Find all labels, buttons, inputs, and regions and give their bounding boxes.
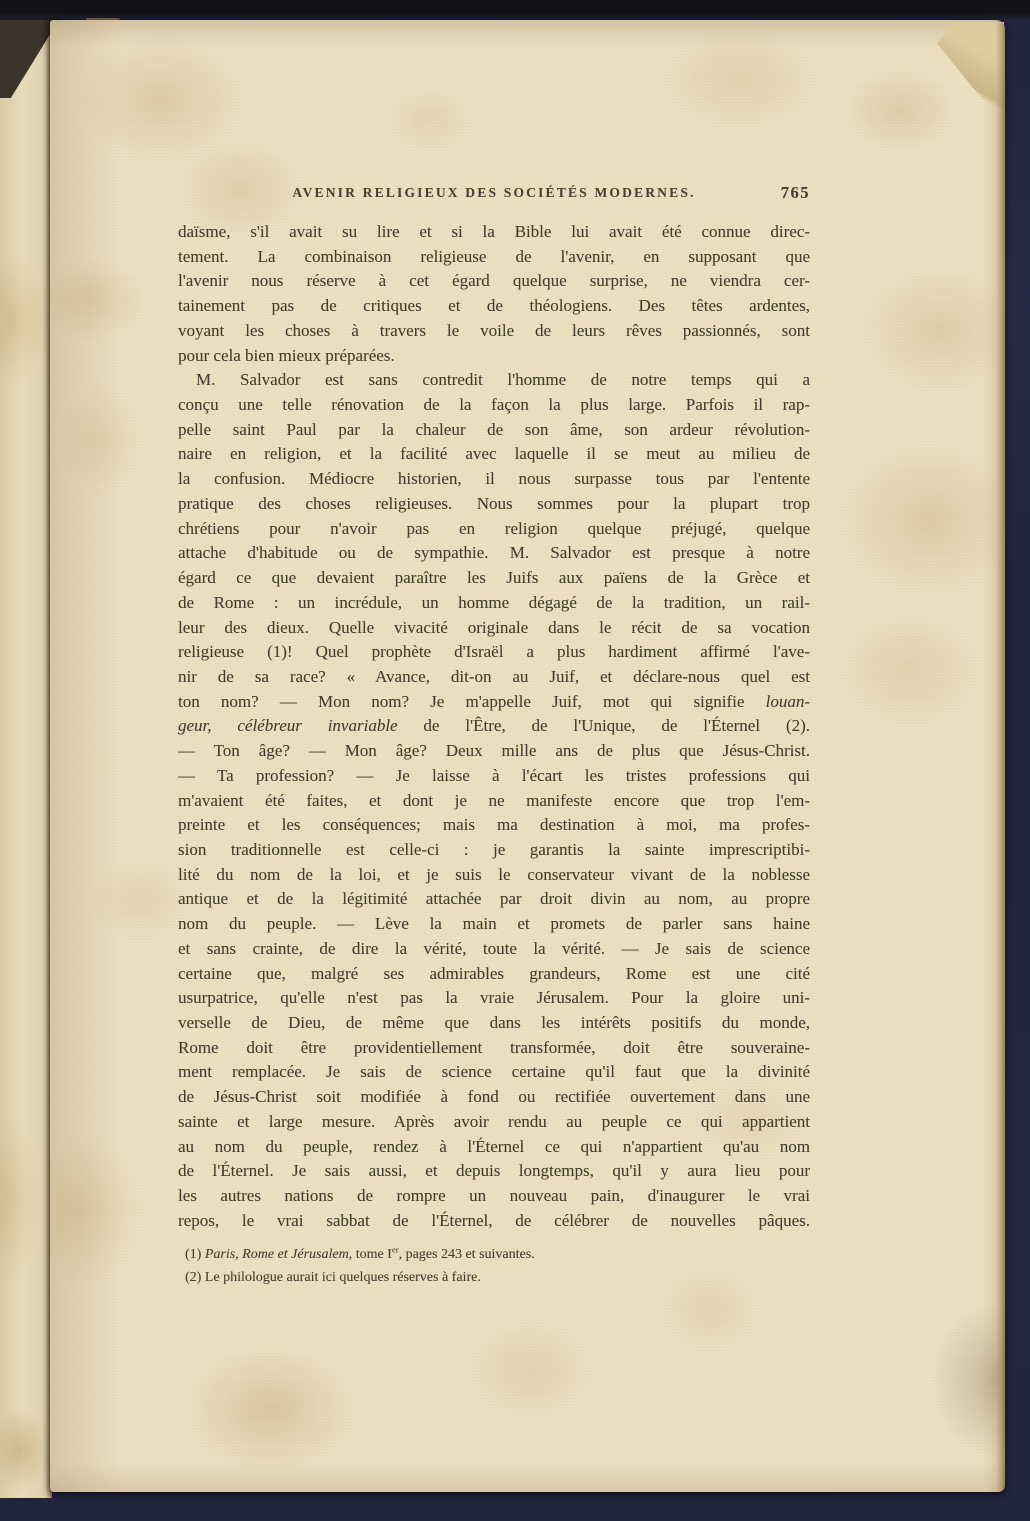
running-header-title: AVENIR RELIGIEUX DES SOCIÉTÉS MODERNES.: [292, 185, 695, 201]
line: chrétiens pour n'avoir pas en religion q…: [178, 517, 810, 542]
line: égard ce que devaient paraître les Juifs…: [178, 566, 810, 591]
line: ment remplacée. Je sais de science certa…: [178, 1060, 810, 1085]
binding-top-shadow: [0, 0, 1030, 20]
line: — Ton âge? — Mon âge? Deux mille ans de …: [178, 739, 810, 764]
line: sion traditionnelle est celle-ci : je ga…: [178, 838, 810, 863]
running-header: AVENIR RELIGIEUX DES SOCIÉTÉS MODERNES. …: [178, 180, 810, 206]
line: tement. La combinaison religieuse de l'a…: [178, 245, 810, 270]
book-page: AVENIR RELIGIEUX DES SOCIÉTÉS MODERNES. …: [50, 20, 1005, 1492]
footnote-line: (2) Le philologue aurait ici quelques ré…: [185, 1266, 810, 1289]
line: voyant les choses à travers le voile de …: [178, 319, 810, 344]
line: pelle saint Paul par la chaleur de son â…: [178, 418, 810, 443]
line: preinte et les conséquences; mais ma des…: [178, 813, 810, 838]
line: — Ta profession? — Je laisse à l'écart l…: [178, 764, 810, 789]
line: les autres nations de rompre un nouveau …: [178, 1184, 810, 1209]
line: au nom du peuple, rendez à l'Éternel ce …: [178, 1135, 810, 1160]
line: ton nom? — Mon nom? Je m'appelle Juif, m…: [178, 690, 810, 715]
page-corner-fold: [908, 22, 1004, 140]
line: l'avenir nous réserve à cet égard quelqu…: [178, 269, 810, 294]
page-fore-edge: [996, 20, 1005, 1492]
line: de Jésus-Christ soit modifiée à fond ou …: [178, 1085, 810, 1110]
line: antique et de la légitimité attachée par…: [178, 887, 810, 912]
line: conçu une telle rénovation de la façon l…: [178, 393, 810, 418]
footnote-line: (1) Paris, Rome et Jérusalem, tome Ier, …: [185, 1243, 810, 1266]
line: lité du nom de la loi, et je suis le con…: [178, 863, 810, 888]
line: la confusion. Médiocre historien, il nou…: [178, 467, 810, 492]
line: repos, le vrai sabbat de l'Éternel, de c…: [178, 1209, 810, 1234]
line: de Rome : un incrédule, un homme dégagé …: [178, 591, 810, 616]
line: pratique des choses religieuses. Nous so…: [178, 492, 810, 517]
body-text: daïsme, s'il avait su lire et si la Bibl…: [178, 220, 810, 1233]
line: usurpatrice, qu'elle n'est pas la vraie …: [178, 986, 810, 1011]
line: naire en religion, et la facilité avec l…: [178, 442, 810, 467]
line: certaine que, malgré ses admirables gran…: [178, 962, 810, 987]
adjacent-page-edge: [0, 20, 52, 1498]
line: et sans crainte, de dire la vérité, tout…: [178, 937, 810, 962]
line: leur des dieux. Quelle vivacité original…: [178, 616, 810, 641]
line: M. Salvador est sans contredit l'homme d…: [178, 368, 810, 393]
line: attache d'habitude ou de sympathie. M. S…: [178, 541, 810, 566]
line: daïsme, s'il avait su lire et si la Bibl…: [178, 220, 810, 245]
line: nom du peuple. — Lève la main et promets…: [178, 912, 810, 937]
line: verselle de Dieu, de même que dans les i…: [178, 1011, 810, 1036]
footnotes: (1) Paris, Rome et Jérusalem, tome Ier, …: [185, 1243, 810, 1289]
line: geur, célébreur invariable de l'Être, de…: [178, 714, 810, 739]
line: tainement pas de critiques et de théolog…: [178, 294, 810, 319]
line: Rome doit être providentiellement transf…: [178, 1036, 810, 1061]
page-number: 765: [781, 180, 810, 206]
line: de l'Éternel. Je sais aussi, et depuis l…: [178, 1159, 810, 1184]
line: nir de sa race? « Avance, dit-on au Juif…: [178, 665, 810, 690]
line: pour cela bien mieux préparées.: [178, 344, 810, 369]
line: sainte et large mesure. Après avoir rend…: [178, 1110, 810, 1135]
line: religieuse (1)! Quel prophète d'Israël a…: [178, 640, 810, 665]
photographed-book-page: { "colors": { "backdrop": "#232840", "pa…: [0, 0, 1030, 1521]
line: m'avaient été faites, et dont je ne mani…: [178, 789, 810, 814]
